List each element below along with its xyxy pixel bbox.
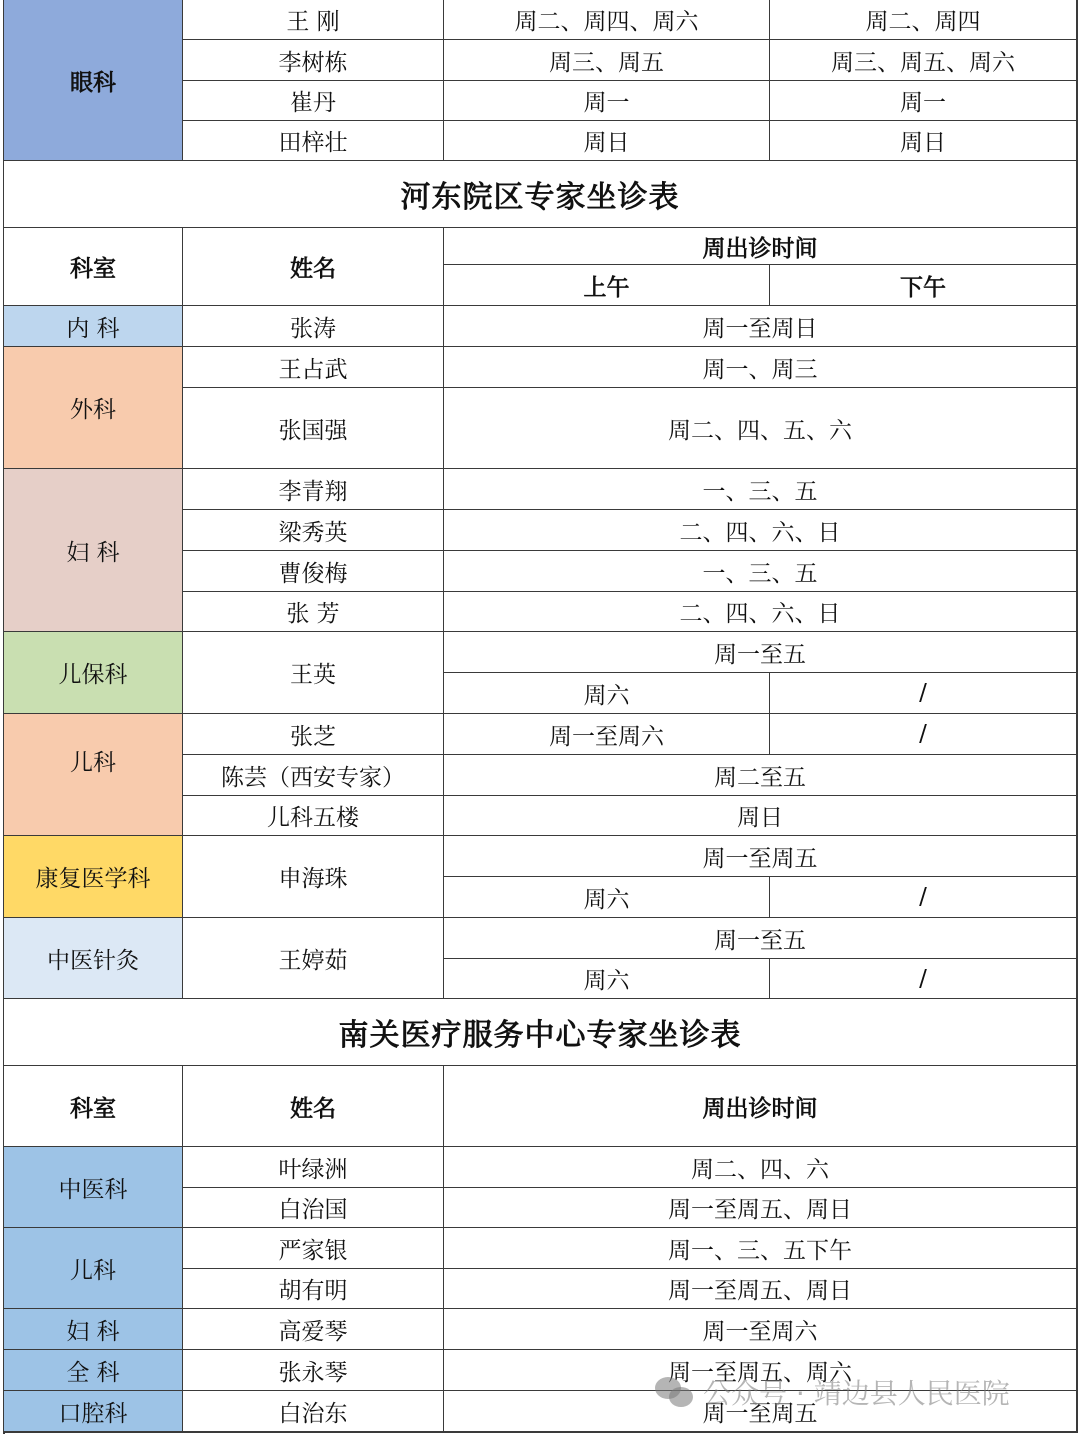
- schedule: 周二、四、六: [444, 1147, 1078, 1189]
- doctor-name: 严家银: [183, 1228, 445, 1270]
- doctor-name: 梁秀英: [183, 510, 445, 552]
- dept-cell-tcm: 中医科: [4, 1147, 184, 1229]
- dept-cell-surgery: 外科: [4, 347, 184, 470]
- doctor-name: 白治东: [183, 1391, 445, 1433]
- schedule: 周一至周五、周日: [444, 1188, 1078, 1229]
- doctor-name: 张涛: [183, 306, 445, 348]
- doctor-name: 叶绿洲: [183, 1147, 445, 1189]
- dept-cell-gyn-nanguan: 妇 科: [4, 1309, 184, 1351]
- am-schedule: 周日: [444, 121, 771, 162]
- pm-schedule: /: [770, 877, 1078, 919]
- doctor-name: 儿科五楼: [183, 796, 445, 837]
- dept-cell-dental: 口腔科: [4, 1391, 184, 1433]
- am-schedule: 周二、周四、周六: [444, 0, 771, 41]
- doctor-name: 张芝: [183, 714, 445, 756]
- header-weekly-time: 周出诊时间: [444, 1066, 1078, 1148]
- header-name: 姓名: [183, 228, 445, 307]
- doctor-name: 张国强: [183, 388, 445, 470]
- doctor-name: 田梓壮: [183, 121, 445, 162]
- doctor-name: 高爱琴: [183, 1309, 445, 1351]
- am-schedule: 周一: [444, 81, 771, 122]
- header-dept: 科室: [4, 1066, 184, 1148]
- pm-schedule: /: [770, 714, 1078, 756]
- schedule: 周一至周五、周六: [444, 1350, 1078, 1392]
- am-schedule: 周六: [444, 959, 771, 1000]
- schedule: 周一至周五、周日: [444, 1269, 1078, 1310]
- pm-schedule: 周二、周四: [770, 0, 1078, 41]
- schedule: 一、三、五: [444, 551, 1078, 593]
- am-schedule: 周一至周六: [444, 714, 771, 756]
- header-pm: 下午: [770, 265, 1078, 307]
- schedule: 周一至周五: [444, 1391, 1078, 1433]
- dept-cell-general: 全 科: [4, 1350, 184, 1392]
- schedule: 周一至周六: [444, 1309, 1078, 1351]
- header-name: 姓名: [183, 1066, 445, 1148]
- dept-cell-rehab: 康复医学科: [4, 836, 184, 919]
- doctor-name: 王占武: [183, 347, 445, 389]
- schedule: 二、四、六、日: [444, 510, 1078, 552]
- schedule: 周一、三、五下午: [444, 1228, 1078, 1270]
- dept-cell-pediatrics: 儿科: [4, 714, 184, 837]
- doctor-name: 申海珠: [183, 836, 445, 919]
- doctor-name: 曹俊梅: [183, 551, 445, 593]
- dept-cell-child-care: 儿保科: [4, 632, 184, 715]
- am-schedule: 周六: [444, 673, 771, 715]
- doctor-name: 崔丹: [183, 81, 445, 122]
- pm-schedule: 周三、周五、周六: [770, 40, 1078, 82]
- pm-schedule: 周日: [770, 121, 1078, 162]
- pm-schedule: 周一: [770, 81, 1078, 122]
- doctor-name: 张永琴: [183, 1350, 445, 1392]
- doctor-name: 李青翔: [183, 469, 445, 511]
- doctor-name: 王 刚: [183, 0, 445, 41]
- doctor-name: 胡有明: [183, 1269, 445, 1310]
- schedule: 周二、四、五、六: [444, 388, 1078, 470]
- dept-cell-gyn: 妇 科: [4, 469, 184, 633]
- doctor-name: 张 芳: [183, 592, 445, 633]
- doctor-name: 白治国: [183, 1188, 445, 1229]
- schedule: 周一至五: [444, 918, 1078, 960]
- schedule: 周一至五: [444, 632, 1078, 674]
- doctor-name: 王婷茹: [183, 918, 445, 1000]
- dept-cell-internal: 内 科: [4, 306, 184, 348]
- dept-cell-pediatrics-nanguan: 儿科: [4, 1228, 184, 1310]
- schedule: 周一、周三: [444, 347, 1078, 389]
- doctor-name: 王英: [183, 632, 445, 715]
- dept-cell-eye: 眼科: [4, 0, 184, 162]
- header-dept: 科室: [4, 228, 184, 307]
- header-am: 上午: [444, 265, 771, 307]
- schedule: 周日: [444, 796, 1078, 837]
- schedule: 周一至周日: [444, 306, 1078, 348]
- pm-schedule: /: [770, 673, 1078, 715]
- dept-cell-acupuncture: 中医针灸: [4, 918, 184, 1000]
- am-schedule: 周六: [444, 877, 771, 919]
- schedule: 二、四、六、日: [444, 592, 1078, 633]
- schedule: 周二至五: [444, 755, 1078, 797]
- doctor-name: 陈芸（西安专家）: [183, 755, 445, 797]
- pm-schedule: /: [770, 959, 1078, 1000]
- header-weekly-time: 周出诊时间: [444, 228, 1078, 266]
- section-title-hedong: 河东院区专家坐诊表: [4, 161, 1078, 229]
- section-title-nanguan: 南关医疗服务中心专家坐诊表: [4, 999, 1078, 1067]
- schedule: 周一至周五: [444, 836, 1078, 878]
- schedule: 一、三、五: [444, 469, 1078, 511]
- doctor-name: 李树栋: [183, 40, 445, 82]
- am-schedule: 周三、周五: [444, 40, 771, 82]
